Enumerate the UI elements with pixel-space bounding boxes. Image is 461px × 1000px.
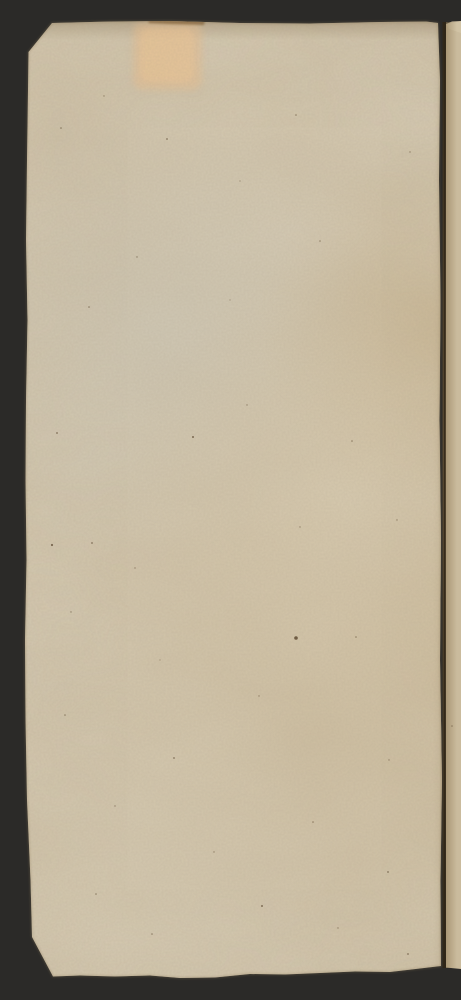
foxing-speckle — [299, 526, 300, 527]
foxing-speckle — [64, 714, 66, 716]
foxing-speckle — [134, 567, 135, 568]
foxing-speckle — [51, 544, 53, 546]
foxing-speckle — [159, 659, 160, 660]
foxing-speckle — [136, 256, 137, 257]
foxing-speckle — [91, 542, 93, 544]
foxing-speckle — [351, 440, 353, 442]
foxing-speckle — [213, 851, 214, 852]
foxing-speckle — [88, 306, 90, 308]
foxing-speckle — [229, 299, 230, 300]
foxing-speckle — [312, 821, 314, 823]
foxing-speckle — [396, 519, 397, 520]
foxing-speckle — [451, 725, 453, 727]
foxing-speckle — [114, 805, 115, 806]
foxing-speckle — [295, 114, 297, 116]
foxing-speckle — [239, 180, 240, 181]
next-page-sliver — [446, 21, 461, 969]
foxing-speckle — [95, 893, 97, 895]
foxing-speckle — [173, 757, 175, 759]
foxing-speckle — [192, 436, 194, 438]
manuscript-page — [25, 19, 450, 980]
foxing-speckle — [166, 138, 168, 140]
foxing-speckle — [407, 953, 409, 955]
foxing-speckle — [355, 636, 357, 638]
foxing-speckle — [409, 151, 410, 152]
next-page-inner-shadow — [446, 22, 457, 968]
foxing-speckle — [388, 759, 389, 760]
foxing-speckle — [246, 404, 247, 405]
foxing-speckle — [337, 927, 338, 928]
foxing-speckle — [319, 240, 321, 242]
page-gutter-line — [444, 22, 445, 968]
scanned-page-viewport — [0, 0, 461, 1000]
paper-grain — [25, 20, 443, 980]
foxing-speckle — [103, 95, 104, 96]
foxing-speckle — [258, 695, 259, 696]
foxing-speckle — [261, 905, 263, 907]
foxing-speckle — [294, 636, 298, 640]
foxing-speckle — [70, 611, 71, 612]
foxing-speckle — [151, 933, 153, 935]
foxing-speckle — [56, 432, 58, 434]
foxing-speckle — [60, 127, 62, 129]
foxing-speckle — [387, 871, 389, 873]
